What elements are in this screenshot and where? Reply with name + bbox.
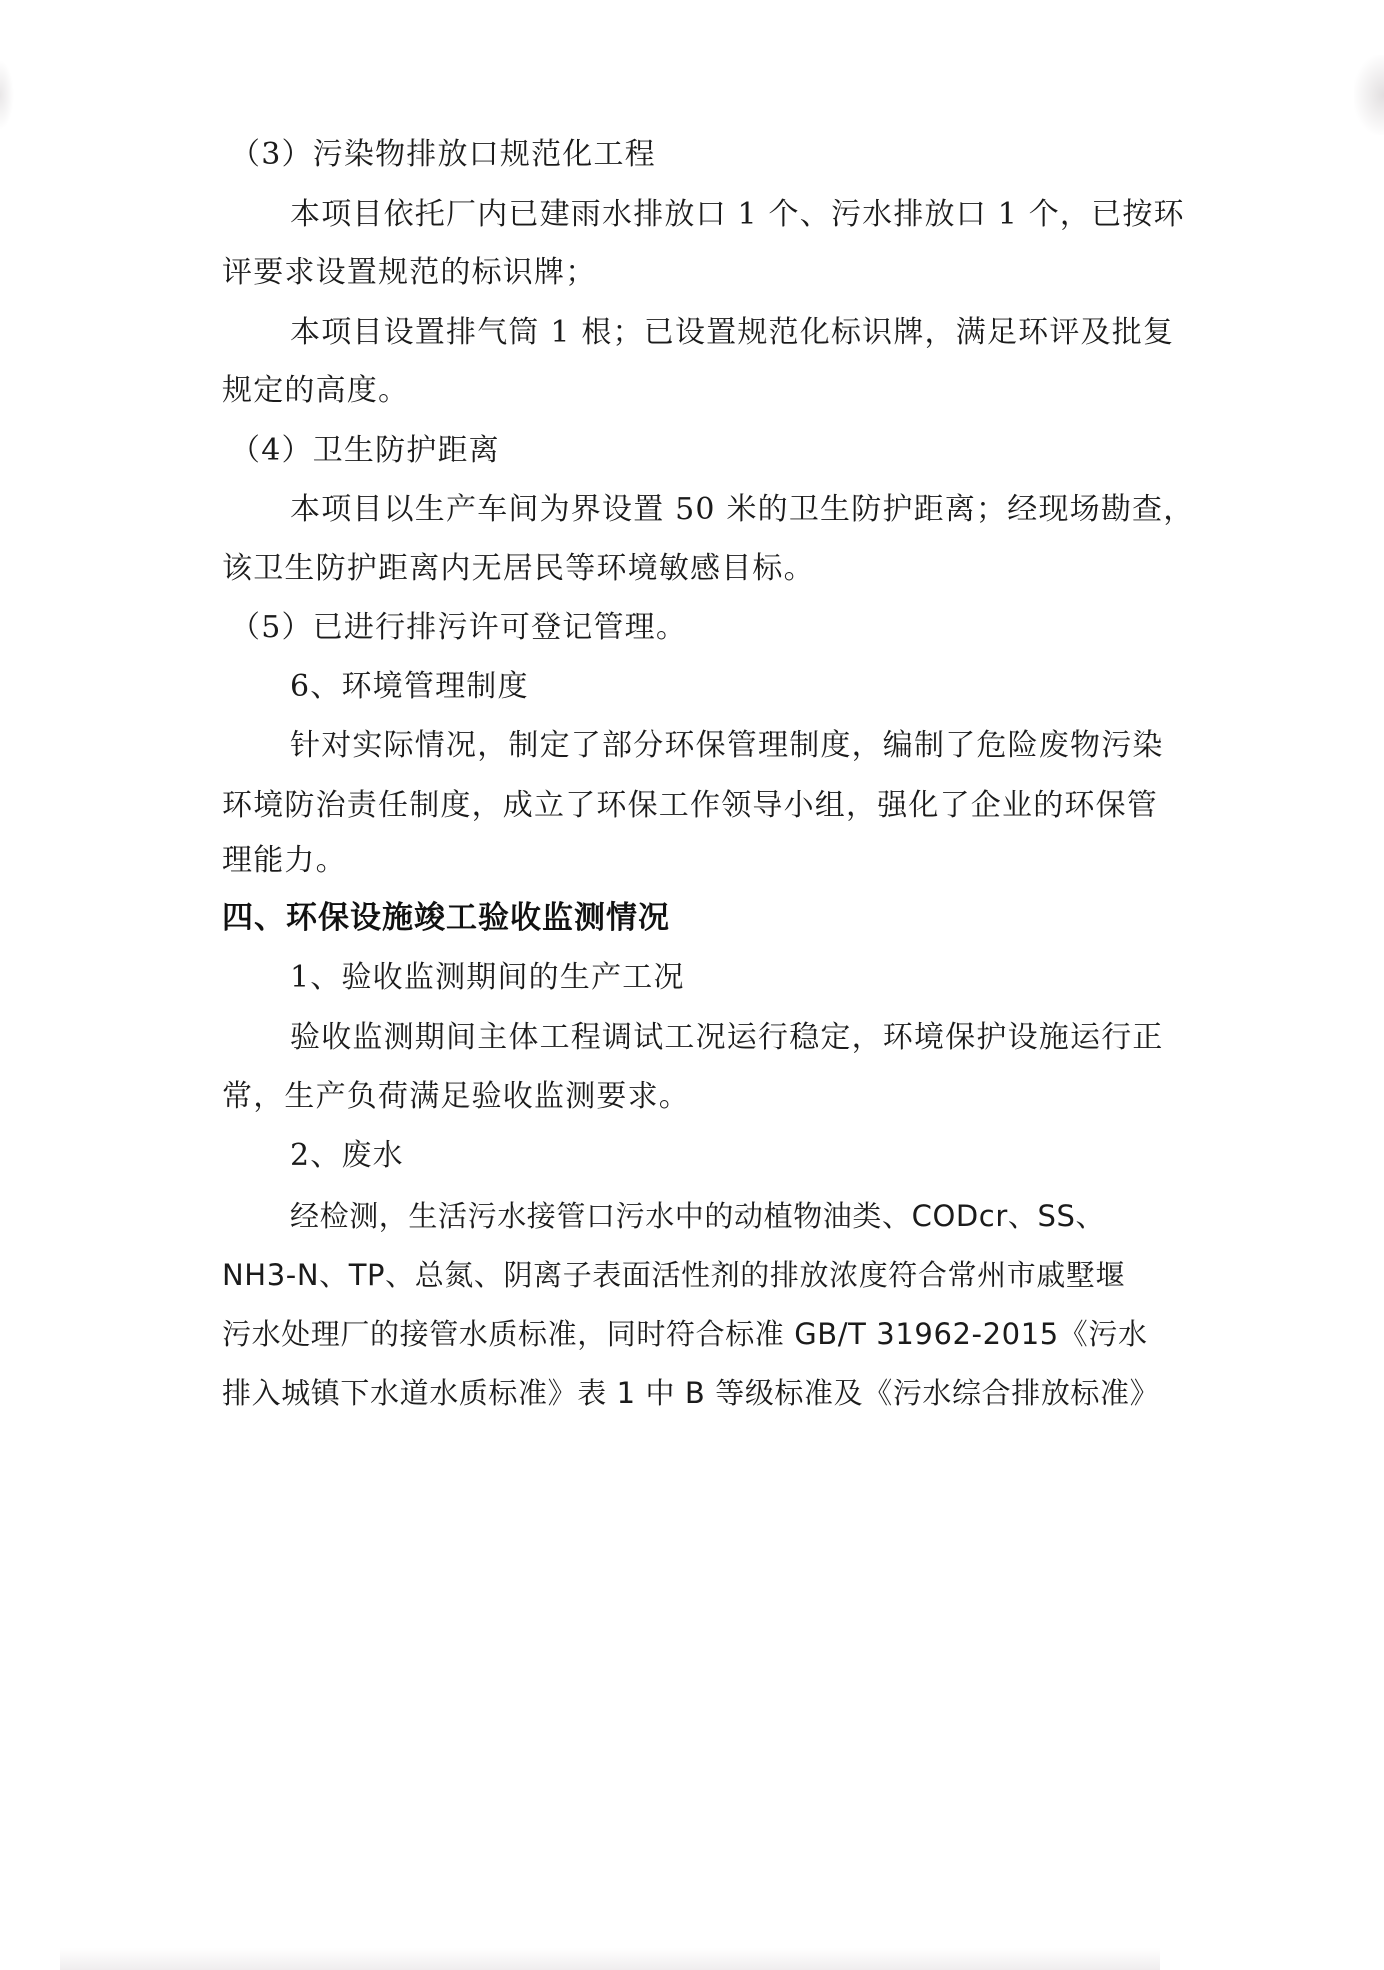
scanned-document-page: （3）污染物排放口规范化工程 本项目依托厂内已建雨水排放口 1 个、污水排放口 … <box>0 0 1384 1970</box>
paragraph-wastewater-line-3: 污水处理厂的接管水质标准，同时符合标准 GB/T 31962-2015《污水 <box>222 1316 1148 1352</box>
paragraph-management-line-3: 理能力。 <box>222 843 347 879</box>
paragraph-outlets-line-1: 本项目依托厂内已建雨水排放口 1 个、污水排放口 1 个，已按环 <box>290 197 1185 233</box>
subheading-environmental-management-system: 6、环境管理制度 <box>290 669 529 705</box>
subheading-sanitary-protection-distance: （4）卫生防护距离 <box>230 433 500 469</box>
paragraph-wastewater-line-4: 排入城镇下水道水质标准》表 1 中 B 等级标准及《污水综合排放标准》 <box>222 1375 1159 1411</box>
paragraph-protection-distance-line-2: 该卫生防护距离内无居民等环境敏感目标。 <box>222 551 815 587</box>
paragraph-production-line-1: 验收监测期间主体工程调试工况运行稳定，环境保护设施运行正 <box>290 1020 1164 1056</box>
scan-artifact-bottom <box>60 1948 1160 1970</box>
paragraph-management-line-1: 针对实际情况，制定了部分环保管理制度，编制了危险废物污染 <box>290 728 1164 764</box>
paragraph-management-line-2: 环境防治责任制度，成立了环保工作领导小组，强化了企业的环保管 <box>222 788 1158 824</box>
paragraph-outlets-line-2: 评要求设置规范的标识牌； <box>222 255 596 291</box>
scan-artifact-right <box>1354 55 1384 135</box>
paragraph-exhaust-stack-line-2: 规定的高度。 <box>222 373 409 409</box>
section-heading-acceptance-monitoring: 四、环保设施竣工验收监测情况 <box>222 900 670 936</box>
paragraph-protection-distance-line-1: 本项目以生产车间为界设置 50 米的卫生防护距离；经现场勘查， <box>290 492 1194 528</box>
subheading-production-conditions: 1、验收监测期间的生产工况 <box>290 960 685 996</box>
subheading-pollutant-permit: （5）已进行排污许可登记管理。 <box>230 610 687 646</box>
subheading-discharge-outlet-standardization: （3）污染物排放口规范化工程 <box>230 137 656 173</box>
scan-artifact-left <box>0 60 14 130</box>
paragraph-wastewater-line-2: NH3-N、TP、总氮、阴离子表面活性剂的排放浓度符合常州市戚墅堰 <box>222 1257 1125 1293</box>
paragraph-production-line-2: 常，生产负荷满足验收监测要求。 <box>222 1079 690 1115</box>
subheading-wastewater: 2、废水 <box>290 1138 404 1174</box>
paragraph-wastewater-line-1: 经检测，生活污水接管口污水中的动植物油类、CODcr、SS、 <box>290 1198 1105 1234</box>
paragraph-exhaust-stack-line-1: 本项目设置排气筒 1 根；已设置规范化标识牌，满足环评及批复 <box>290 315 1174 351</box>
